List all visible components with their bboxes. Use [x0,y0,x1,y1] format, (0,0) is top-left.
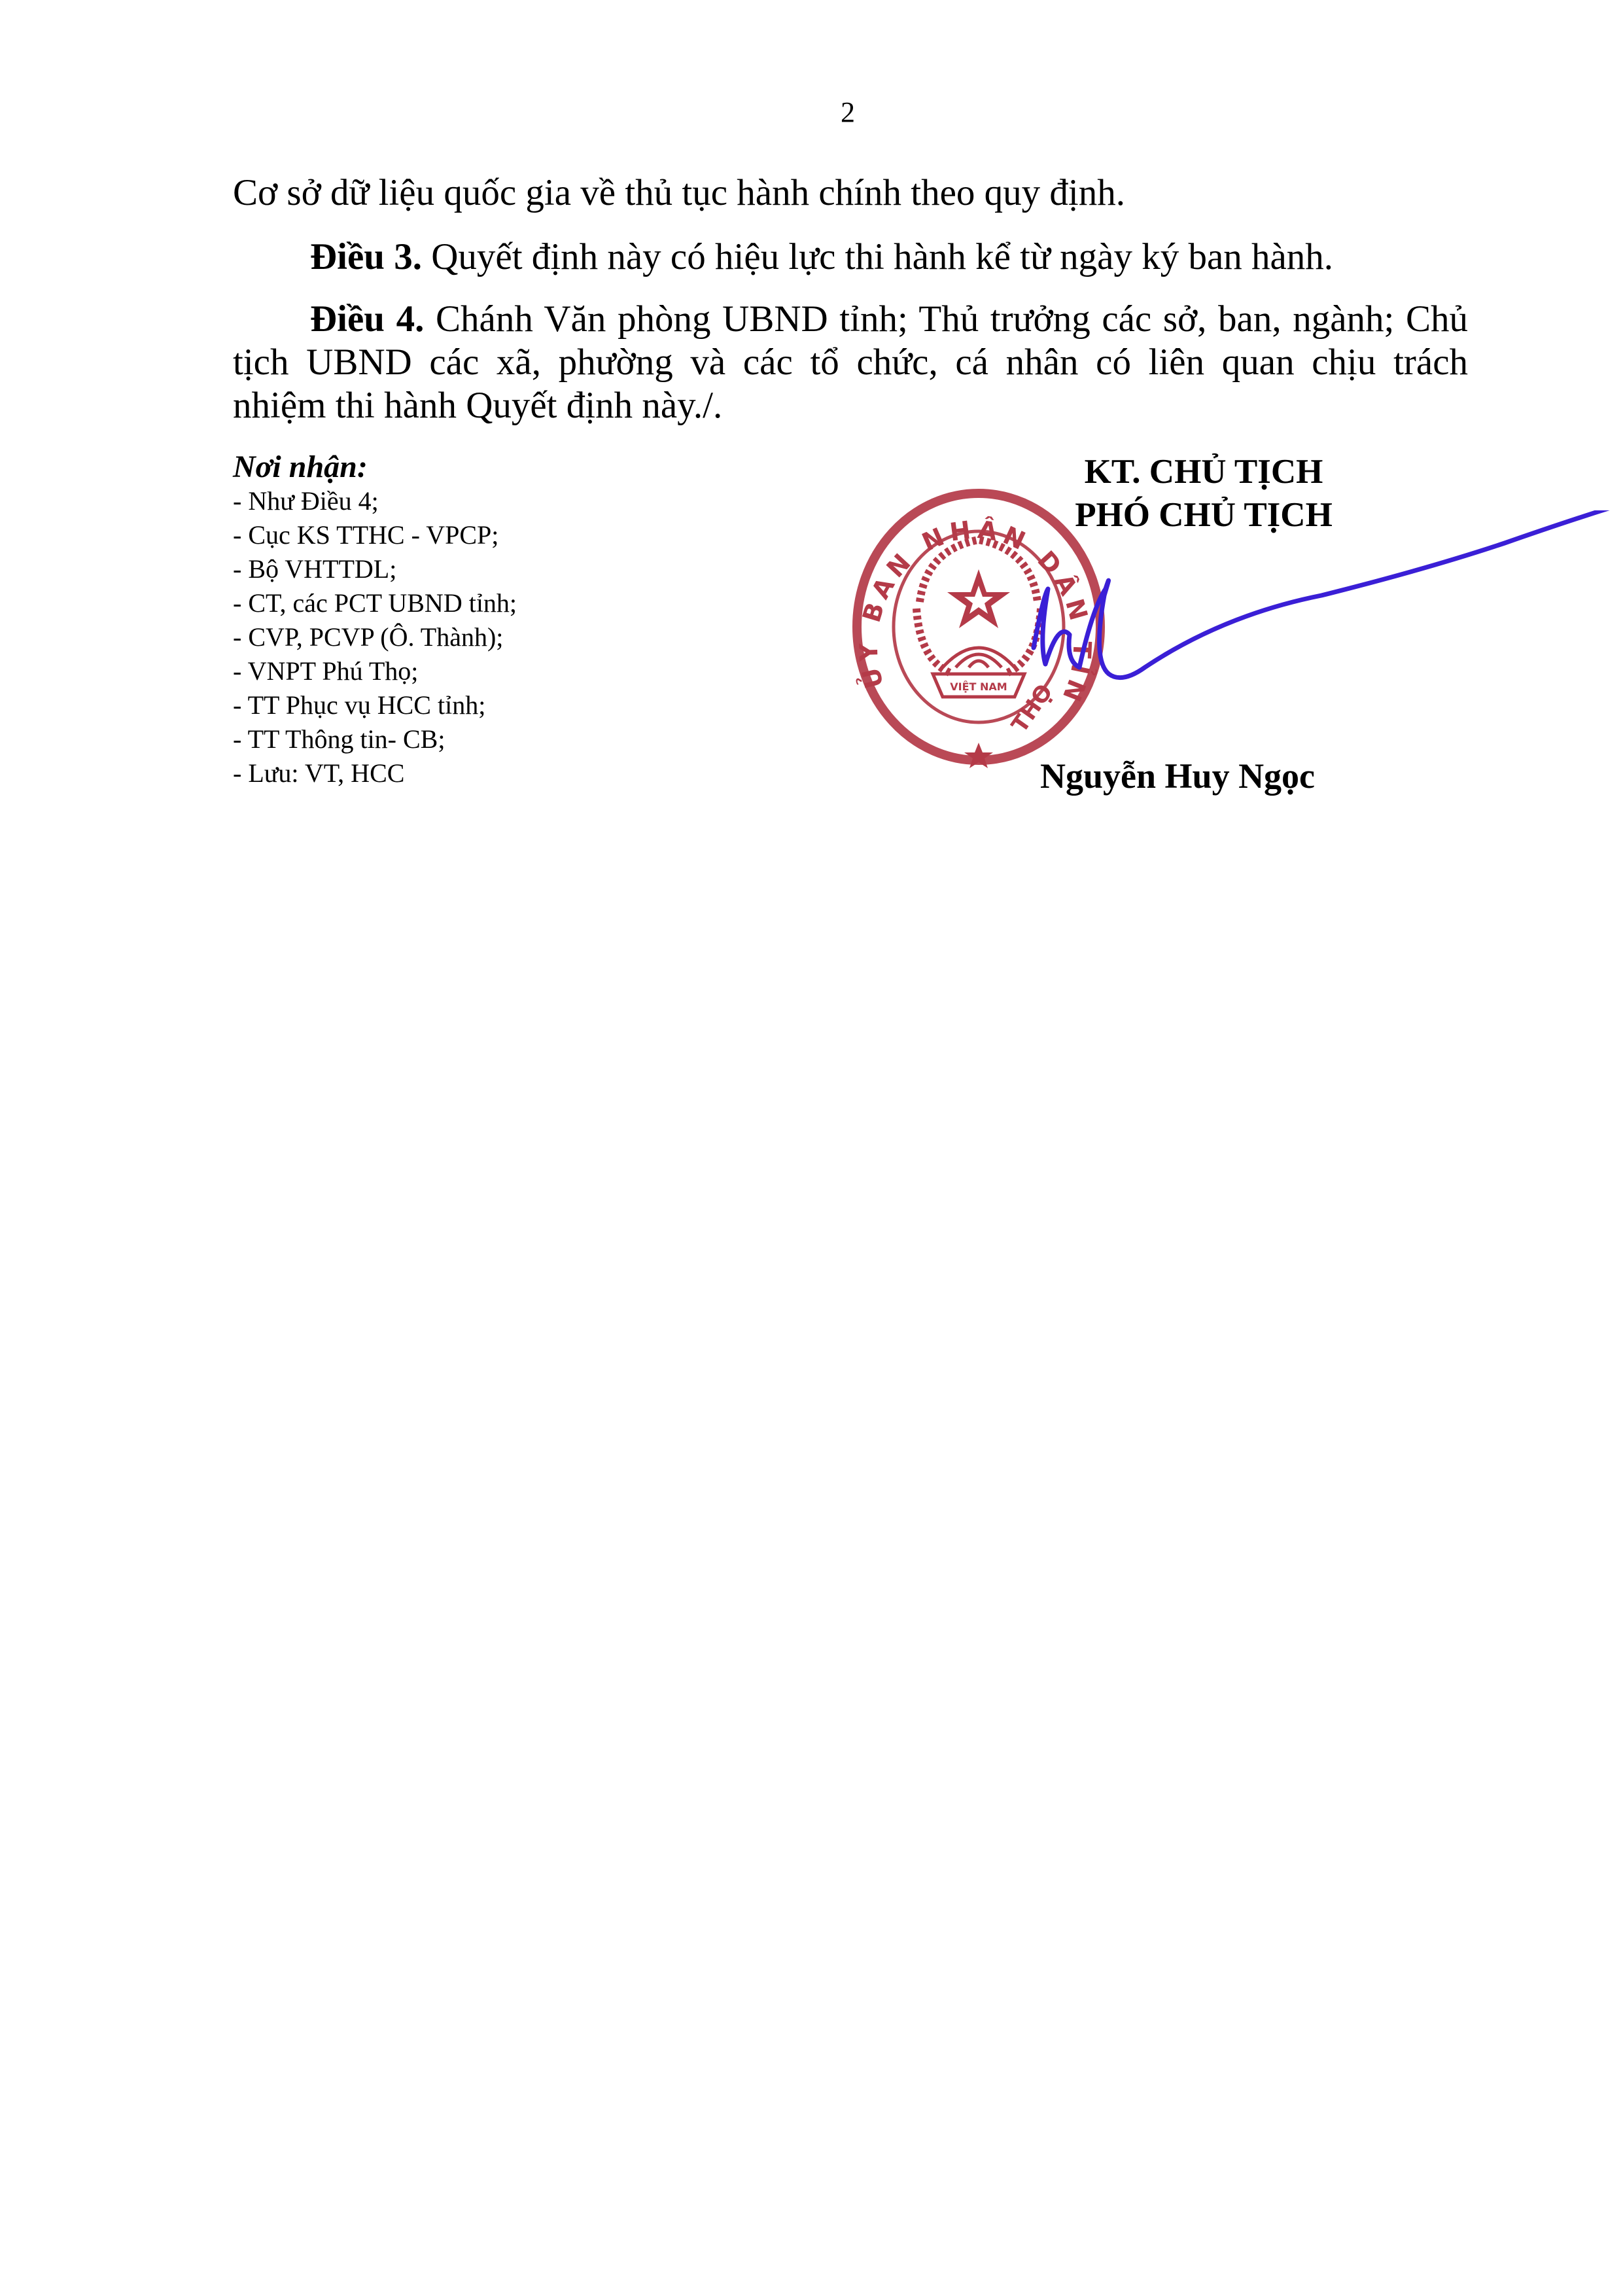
handwritten-signature-icon [1007,510,1623,720]
recipients-title: Nơi nhận: [233,450,517,484]
article-3: Điều 3. Quyết định này có hiệu lực thi h… [233,236,1468,279]
recipient-item: - TT Thông tin- CB; [233,722,517,756]
recipient-item: - Cục KS TTHC - VPCP; [233,518,517,552]
article-4: Điều 4. Chánh Văn phòng UBND tỉnh; Thủ t… [233,298,1468,427]
recipient-item: - VNPT Phú Thọ; [233,654,517,688]
recipient-item: - Như Điều 4; [233,484,517,518]
article-3-text: Quyết định này có hiệu lực thi hành kể t… [422,236,1333,277]
recipient-item: - Lưu: VT, HCC [233,756,517,790]
article-3-label: Điều 3. [310,236,422,277]
seal-inner-text: VIỆT NAM [950,680,1007,693]
recipients-list: - Như Điều 4; - Cục KS TTHC - VPCP; - Bộ… [233,484,517,790]
article-4-line-3: nhiệm thi hành Quyết định này./. [233,384,1468,427]
signer-name: Nguyễn Huy Ngọc [1040,756,1315,796]
article-4-label: Điều 4. [310,298,424,340]
paragraph-continuation: Cơ sở dữ liệu quốc gia về thủ tục hành c… [233,171,1468,215]
article-4-line-2: tịch UBND các xã, phường và các tổ chức,… [233,341,1468,384]
recipient-item: - CT, các PCT UBND tỉnh; [233,586,517,620]
article-4-line-1: Điều 4. Chánh Văn phòng UBND tỉnh; Thủ t… [233,298,1468,341]
recipient-item: - Bộ VHTTDL; [233,552,517,586]
recipients-block: Nơi nhận: - Như Điều 4; - Cục KS TTHC - … [233,450,517,790]
recipient-item: - TT Phục vụ HCC tỉnh; [233,688,517,722]
page-number: 2 [841,98,855,127]
recipient-item: - CVP, PCVP (Ô. Thành); [233,620,517,654]
